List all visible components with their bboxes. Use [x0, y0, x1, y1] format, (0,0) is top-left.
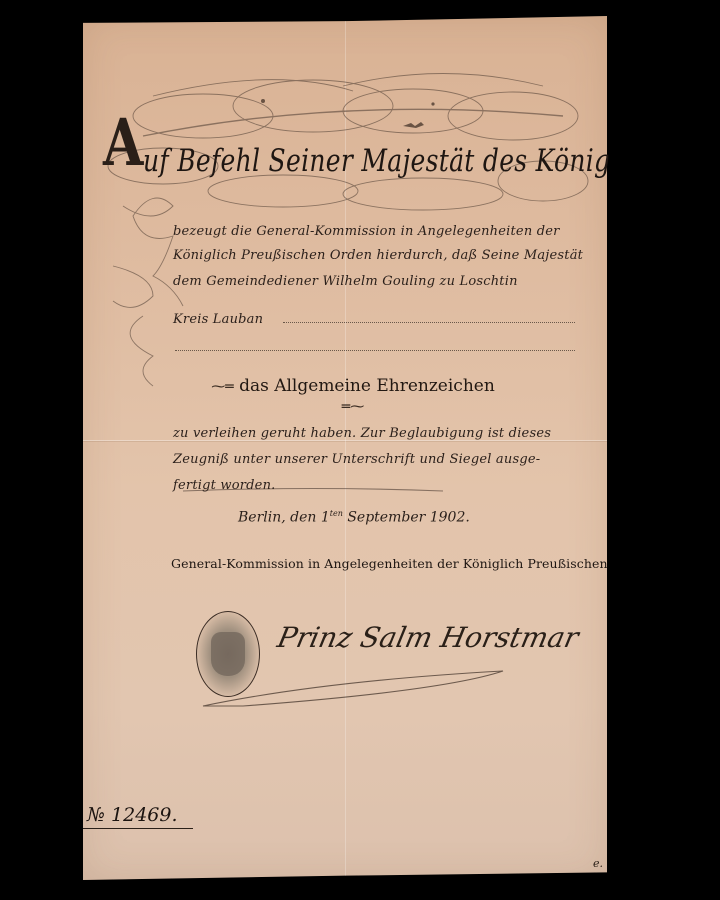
swash-right-icon: ═⁓ — [342, 399, 364, 415]
fill-in-dotted-line-1 — [283, 322, 575, 323]
certificate-paper: A uf Befehl Seiner Majestät des Königs b… — [83, 16, 607, 880]
number-sign: № — [87, 804, 105, 826]
title-text: uf Befehl Seiner Majestät des Königs — [143, 142, 623, 178]
number-value: 12469. — [111, 804, 177, 826]
ordinal: ten — [330, 509, 343, 518]
fill-in-dotted-line-2 — [175, 350, 575, 351]
title-initial: A — [103, 105, 144, 181]
certificate-title: A uf Befehl Seiner Majestät des Königs — [143, 142, 563, 178]
corner-mark: e. — [593, 857, 603, 870]
place-and-date: Berlin, den 1ten September 1902. — [238, 509, 470, 526]
coat-of-arms-seal-icon — [196, 611, 260, 697]
place: Berlin, den 1 — [238, 510, 330, 526]
swash-left-icon: ⁓═ — [211, 379, 233, 395]
serial-underline — [83, 828, 193, 829]
month-year: September 1902. — [347, 510, 470, 526]
body-line-4: Kreis Lauban — [173, 312, 573, 327]
closing-line-3: fertigt worden. — [173, 478, 573, 493]
closing-line-1: zu verleihen geruht haben. Zur Beglaubig… — [173, 426, 573, 441]
issuing-authority: General-Kommission in Angelegenheiten de… — [171, 556, 656, 571]
body-line-2: Königlich Preußischen Orden hierdurch, d… — [173, 248, 573, 263]
serial-number: № 12469. — [87, 804, 178, 826]
award-name: ⁓═ das Allgemeine Ehrenzeichen ═⁓ — [203, 376, 503, 416]
eagle-crest-icon — [211, 632, 245, 676]
award-prefix: das — [239, 376, 269, 396]
signature: Prinz Salm Horstmar — [274, 621, 581, 654]
award-title: Allgemeine Ehrenzeichen — [274, 376, 495, 396]
closing-line-2: Zeugniß unter unserer Unterschrift und S… — [173, 452, 573, 467]
body-line-1: bezeugt die General-Kommission in Angele… — [173, 224, 573, 239]
body-line-3: dem Gemeindediener Wilhelm Gouling zu Lo… — [173, 274, 573, 289]
